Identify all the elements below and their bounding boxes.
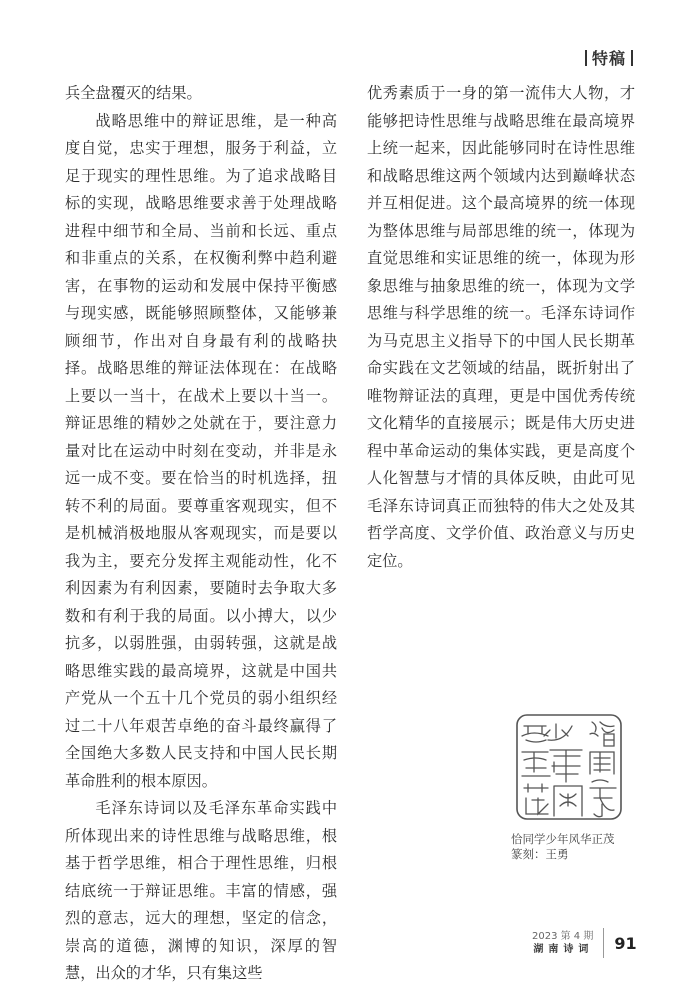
paragraph: 兵全盘覆灭的结果。 — [65, 80, 337, 108]
seal-caption-title: 恰同学少年风华正茂 — [511, 832, 615, 847]
page-number: 91 — [614, 934, 636, 953]
tag-bar-right — [631, 50, 633, 66]
paragraph: 优秀素质于一身的第一流伟大人物，才能够把诗性思维与战略思维在最高境界上统一起来，… — [367, 80, 635, 575]
page-footer: 2023 第 4 期 湖南诗词 91 — [532, 928, 637, 958]
issue-label: 2023 第 4 期 — [532, 930, 593, 943]
seal-stamp-icon — [514, 712, 624, 822]
footer-divider — [603, 928, 604, 958]
seal-caption: 恰同学少年风华正茂 篆刻：王勇 — [511, 832, 615, 862]
magazine-name: 湖南诗词 — [532, 943, 593, 956]
section-tag: 特稿 — [580, 46, 638, 69]
tag-bar-left — [585, 50, 587, 66]
paragraph: 毛泽东诗词以及毛泽东革命实践中所体现出来的诗性思维与战略思维，根基于哲学思维，相… — [65, 795, 337, 988]
article-column-right: 优秀素质于一身的第一流伟大人物，才能够把诗性思维与战略思维在最高境界上统一起来，… — [367, 80, 635, 575]
article-column-left: 兵全盘覆灭的结果。 战略思维中的辩证思维，是一种高度自觉，忠实于理想，服务于利益… — [65, 80, 337, 988]
section-tag-label: 特稿 — [592, 49, 626, 68]
seal-caption-credit: 篆刻：王勇 — [511, 847, 615, 862]
footer-publication-info: 2023 第 4 期 湖南诗词 — [532, 930, 593, 956]
paragraph: 战略思维中的辩证思维，是一种高度自觉，忠实于理想，服务于利益，立足于现实的理性思… — [65, 108, 337, 796]
